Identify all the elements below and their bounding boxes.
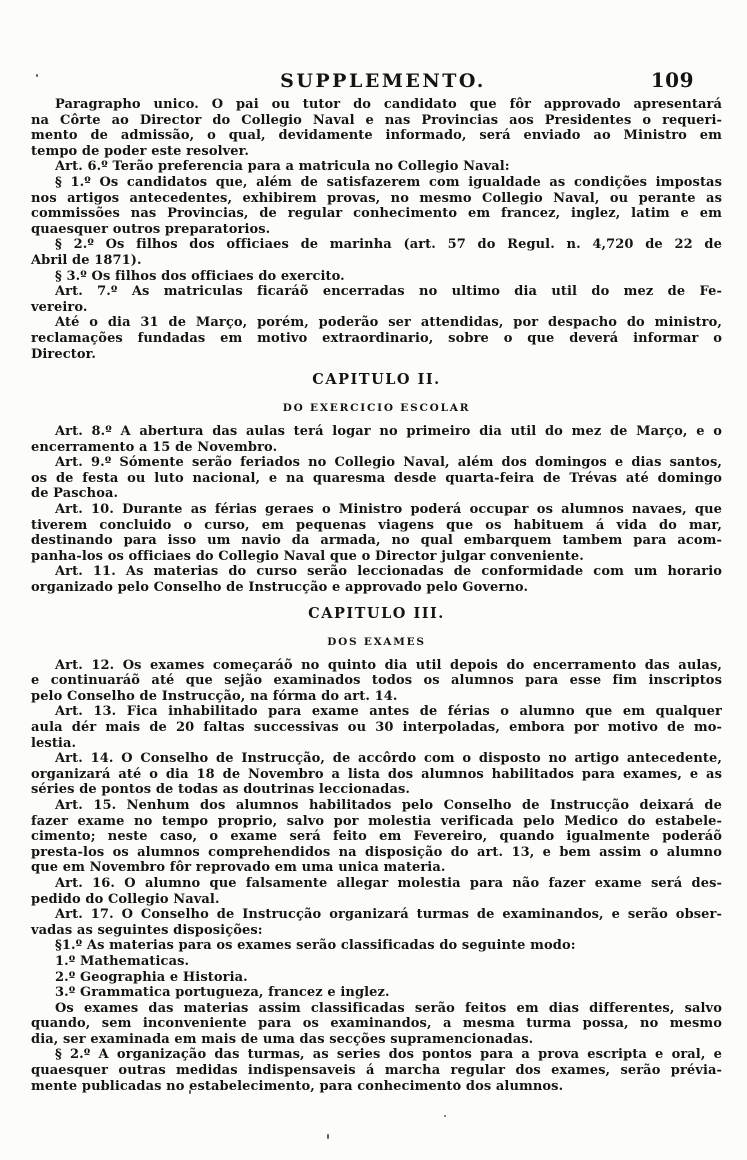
page-header: SUPPLEMENTO. 109 — [31, 70, 722, 90]
text-line: cimento; neste caso, o exame será feito … — [31, 829, 722, 845]
text-line: pedido do Collegio Naval. — [31, 892, 722, 908]
paragraph: Art. 11. As materias do curso serão lecc… — [31, 564, 722, 595]
text-line: aula dér mais de 20 faltas successivas o… — [31, 720, 722, 736]
text-line: commissões nas Provincias, de regular co… — [31, 206, 722, 222]
text-line: na Côrte ao Director do Collegio Naval e… — [31, 113, 722, 129]
paragraph: Os exames das materias assim classificad… — [31, 1001, 722, 1048]
text-line: reclamações fundadas em motivo extraordi… — [31, 331, 722, 347]
text-line: pelo Conselho de Instrucção, na fórma do… — [31, 689, 722, 705]
text-line: nos artigos antecedentes, exhibirem prov… — [31, 191, 722, 207]
text-line: encerramento a 15 de Novembro. — [31, 440, 722, 456]
text-line: § 2.º A organização das turmas, as serie… — [31, 1047, 722, 1063]
section-heading: DOS EXAMES — [31, 635, 722, 649]
text-line: séries de pontos de todas as doutrinas l… — [31, 782, 722, 798]
text-line: Director. — [31, 347, 722, 363]
section-heading: DO EXERCICIO ESCOLAR — [31, 401, 722, 415]
text-line: quaesquer outras medidas indispensaveis … — [31, 1063, 722, 1079]
text-line: § 2.º Os filhos dos officiaes de marinha… — [31, 237, 722, 253]
paragraph: Art. 13. Fica inhabilitado para exame an… — [31, 704, 722, 751]
text-line: § 3.º Os filhos dos officiaes do exercit… — [31, 269, 722, 285]
paragraph: Até o dia 31 de Março, porém, poderão se… — [31, 315, 722, 362]
chapter-heading: CAPITULO II. — [31, 371, 722, 389]
text-line: mente publicadas no estabelecimento, par… — [31, 1079, 722, 1095]
text-line: Art. 6.º Terão preferencia para a matric… — [31, 159, 722, 175]
paragraph: Art. 15. Nenhum dos alumnos habilitados … — [31, 798, 722, 876]
text-line: Até o dia 31 de Março, porém, poderão se… — [31, 315, 722, 331]
paragraph: Art. 12. Os exames começaráõ no quinto d… — [31, 658, 722, 705]
text-line: Os exames das materias assim classificad… — [31, 1001, 722, 1017]
text-line: Art. 15. Nenhum dos alumnos habilitados … — [31, 798, 722, 814]
text-line: Art. 16. O alumno que falsamente allegar… — [31, 876, 722, 892]
text-line: Art. 9.º Sómente serão feriados no Colle… — [31, 455, 722, 471]
text-line: destinando para isso um navio da armada,… — [31, 533, 722, 549]
paragraph: Art. 7.º As matriculas ficaráõ encerrada… — [31, 284, 722, 315]
text-line: §1.º As materias para os exames serão cl… — [31, 938, 722, 954]
scan-speck — [327, 1134, 329, 1139]
text-line: organizará até o dia 18 de Novembro a li… — [31, 767, 722, 783]
scan-speck — [101, 1086, 104, 1088]
paragraph: 2.º Geographia e Historia. — [31, 970, 722, 986]
text-line: Paragrapho unico. O pai ou tutor do cand… — [31, 97, 722, 113]
text-line: 1.º Mathematicas. — [31, 954, 722, 970]
paragraph: 3.º Grammatica portugueza, francez e ing… — [31, 985, 722, 1001]
text-line: quando, sem inconveniente para os examin… — [31, 1016, 722, 1032]
text-line: tiverem concluido o curso, em pequenas v… — [31, 518, 722, 534]
paragraph: § 1.º Os candidatos que, além de satisfa… — [31, 175, 722, 237]
text-line: fazer exame no tempo proprio, salvo por … — [31, 814, 722, 830]
text-line: e continuaráõ até que sejão examinados t… — [31, 673, 722, 689]
text-line: que em Novembro fôr reprovado em uma uni… — [31, 860, 722, 876]
text-line: lestia. — [31, 736, 722, 752]
paragraph: §1.º As materias para os exames serão cl… — [31, 938, 722, 954]
text-line: 3.º Grammatica portugueza, francez e ing… — [31, 985, 722, 1001]
document-body: Paragrapho unico. O pai ou tutor do cand… — [31, 97, 722, 1094]
text-line: 2.º Geographia e Historia. — [31, 970, 722, 986]
paragraph: Art. 17. O Conselho de Instrucção organi… — [31, 907, 722, 938]
paragraph: § 2.º A organização das turmas, as serie… — [31, 1047, 722, 1094]
scan-speck — [444, 1115, 446, 1117]
text-line: Art. 11. As materias do curso serão lecc… — [31, 564, 722, 580]
text-line: vereiro. — [31, 300, 722, 316]
paragraph: Art. 9.º Sómente serão feriados no Colle… — [31, 455, 722, 502]
text-line: panha-los os officiaes do Collegio Naval… — [31, 549, 722, 565]
text-line: dia, ser examinada em mais de uma das se… — [31, 1032, 722, 1048]
text-line: Art. 12. Os exames começaráõ no quinto d… — [31, 658, 722, 674]
text-line: de Paschoa. — [31, 486, 722, 502]
paragraph: § 2.º Os filhos dos officiaes de marinha… — [31, 237, 722, 268]
paragraph: § 3.º Os filhos dos officiaes do exercit… — [31, 269, 722, 285]
scan-speck — [36, 74, 38, 77]
text-line: vadas as seguintes disposições: — [31, 923, 722, 939]
paragraph: Art. 14. O Conselho de Instrucção, de ac… — [31, 751, 722, 798]
paragraph: Art. 16. O alumno que falsamente allegar… — [31, 876, 722, 907]
text-line: mento de admissão, o qual, devidamente i… — [31, 128, 722, 144]
text-line: Art. 7.º As matriculas ficaráõ encerrada… — [31, 284, 722, 300]
text-line: os de festa ou luto nacional, e na quare… — [31, 471, 722, 487]
text-line: Art. 8.º A abertura das aulas terá logar… — [31, 424, 722, 440]
text-line: Abril de 1871). — [31, 253, 722, 269]
text-line: Art. 17. O Conselho de Instrucção organi… — [31, 907, 722, 923]
paragraph: 1.º Mathematicas. — [31, 954, 722, 970]
page-number: 109 — [651, 68, 694, 92]
document-page: SUPPLEMENTO. 109 Paragrapho unico. O pai… — [0, 0, 747, 1160]
paragraph: Art. 10. Durante as férias geraes o Mini… — [31, 502, 722, 564]
paragraph: Art. 8.º A abertura das aulas terá logar… — [31, 424, 722, 455]
text-line: Art. 10. Durante as férias geraes o Mini… — [31, 502, 722, 518]
scan-speck — [456, 1082, 458, 1084]
text-line: presta-los os alumnos comprehendidos na … — [31, 845, 722, 861]
text-line: tempo de poder este resolver. — [31, 144, 722, 160]
text-line: Art. 13. Fica inhabilitado para exame an… — [31, 704, 722, 720]
page-title: SUPPLEMENTO. — [280, 70, 486, 92]
text-line: quaesquer outros preparatorios. — [31, 222, 722, 238]
scan-speck — [189, 1090, 191, 1094]
text-line: organizado pelo Conselho de Instrucção e… — [31, 580, 722, 596]
paragraph: Paragrapho unico. O pai ou tutor do cand… — [31, 97, 722, 159]
text-line: Art. 14. O Conselho de Instrucção, de ac… — [31, 751, 722, 767]
paragraph: Art. 6.º Terão preferencia para a matric… — [31, 159, 722, 175]
chapter-heading: CAPITULO III. — [31, 605, 722, 623]
text-line: § 1.º Os candidatos que, além de satisfa… — [31, 175, 722, 191]
